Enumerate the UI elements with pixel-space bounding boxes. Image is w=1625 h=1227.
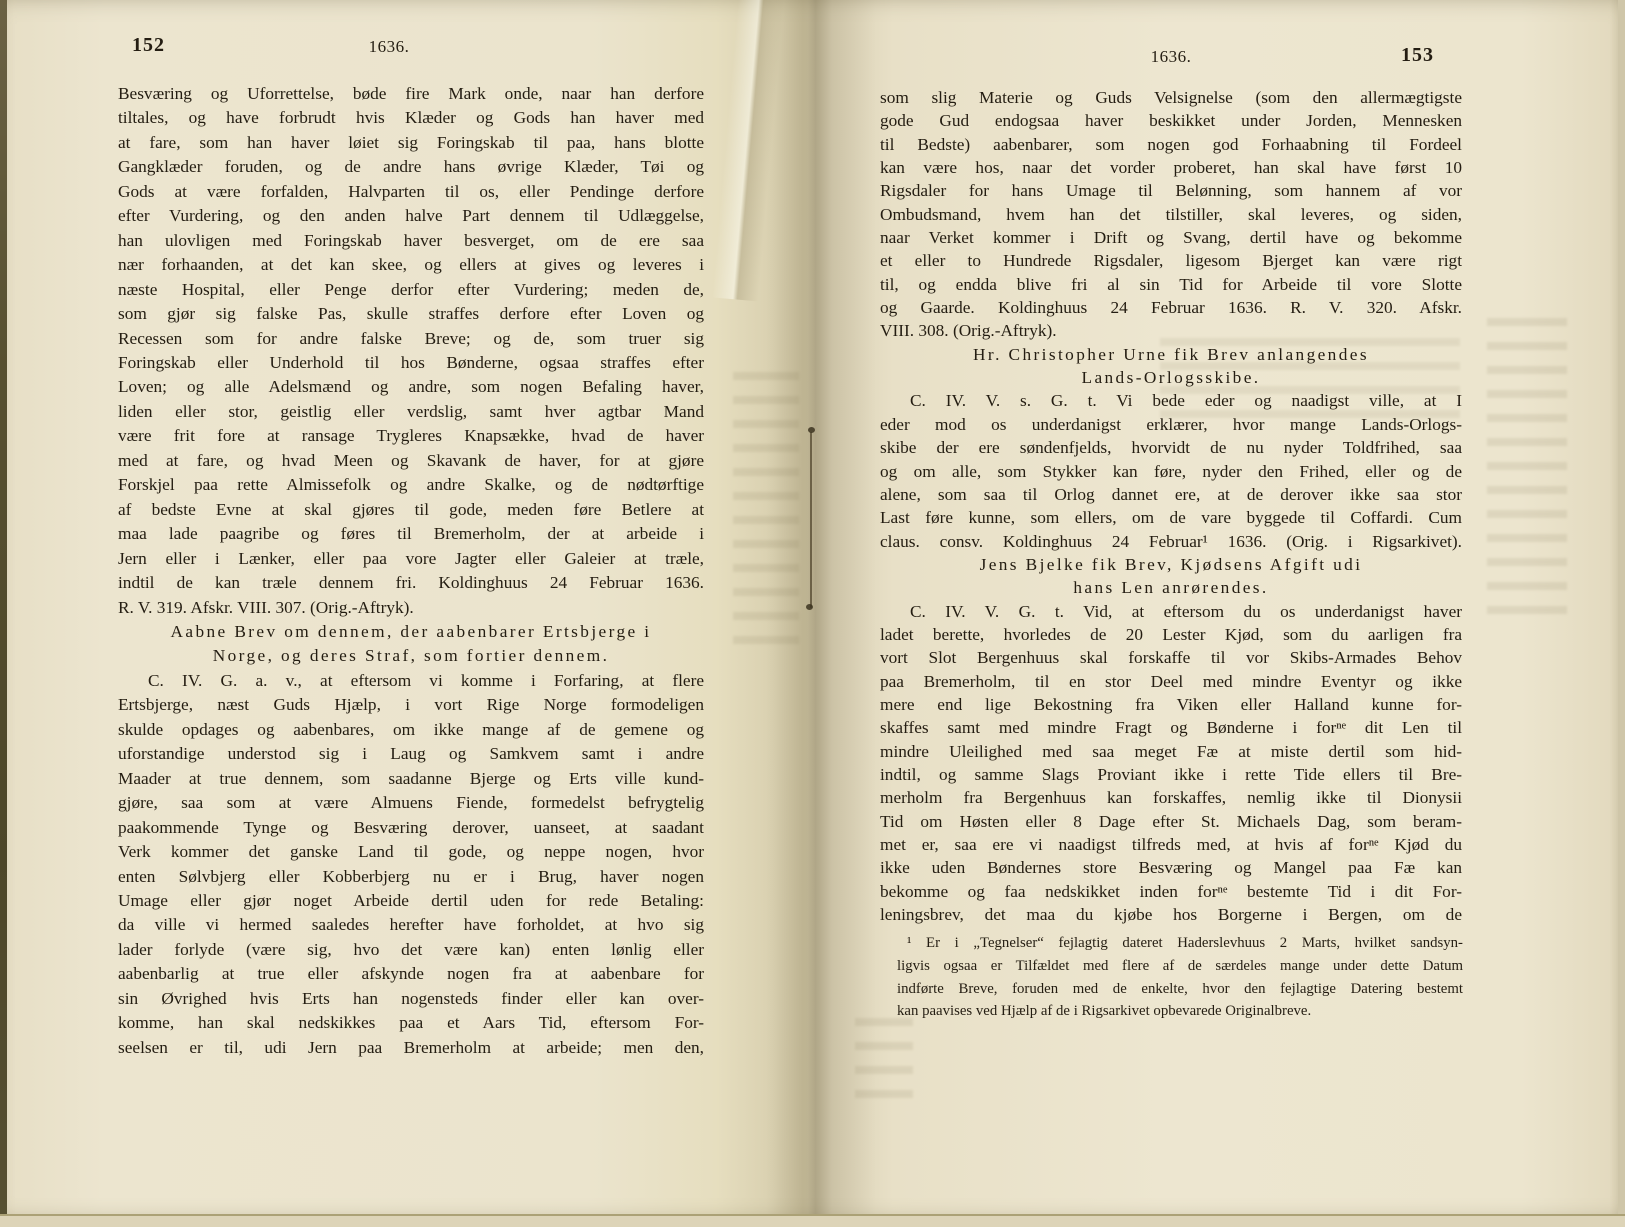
page-header-left: 152 1636. <box>118 34 704 60</box>
book-gutter <box>766 0 876 1214</box>
text-line: Umage eller gjør noget Arbeide dertil ud… <box>118 889 704 913</box>
text-line: skaffes samt med mindre Fragt og Bøndern… <box>880 716 1462 739</box>
text-line: paakommende Tynge og Besværing derover, … <box>118 816 704 840</box>
text-line: ligvis ogsaa er Tilfældet med flere af d… <box>897 955 1463 978</box>
page-number-right: 153 <box>1401 44 1434 67</box>
text-line: claus. consv. Koldinghuus 24 Februar¹ 16… <box>880 530 1462 553</box>
text-line: maa lade paagribe og føres til Bremerhol… <box>118 522 704 546</box>
page-header-right: 1636. 153 <box>880 44 1462 70</box>
text-line: Besværing og Uforrettelse, bøde fire Mar… <box>118 82 704 106</box>
text-line: Verk kommer det ganske Land til gode, og… <box>118 840 704 864</box>
text-line: uforstandige understod sig i Laug og Sam… <box>118 742 704 766</box>
text-line: være frit fore at ransage Trygleres Knap… <box>118 424 704 448</box>
text-line: at fare, som han haver løiet sig Forings… <box>118 131 704 155</box>
page-bottom-edge <box>0 1214 1625 1227</box>
text-line: met er, saa ere vi naadigst tilfreds med… <box>880 833 1462 856</box>
text-line: ikke uden Bøndernes store Besværing og M… <box>880 856 1462 879</box>
text-line: C. IV. V. G. t. Vid, at eftersom du os u… <box>880 600 1462 623</box>
text-line: naar Verket kommer i Drift og Svang, der… <box>880 226 1462 249</box>
running-head-right: 1636. <box>880 47 1462 67</box>
text-line: Tid om Høsten eller 8 Dage efter St. Mic… <box>880 810 1462 833</box>
text-line: Rigsdaler for hans Umage til Belønning, … <box>880 179 1462 202</box>
text-line: skibe der ere søndenfjelds, hvorvidt de … <box>880 436 1462 459</box>
text-line: gjøre, saa som at være Almuens Fiende, f… <box>118 791 704 815</box>
text-line: Ertsbjerge, næst Guds Hjælp, i vort Rige… <box>118 693 704 717</box>
text-line: kan være hos, naar det vorder proberet, … <box>880 156 1462 179</box>
text-line: Loven; og alle Adelsmænd og andre, som n… <box>118 375 704 399</box>
text-line: med at fare, og hvad Meen og Skavank de … <box>118 449 704 473</box>
text-line: han ulovligen med Foringskab haver besve… <box>118 229 704 253</box>
text-line: Gods at være forfalden, Halvparten til o… <box>118 180 704 204</box>
text-line: et eller to Hundrede Rigsdaler, ligesom … <box>880 249 1462 272</box>
heading-line: Lands-Orlogsskibe. <box>880 366 1462 389</box>
heading-line: Norge, og deres Straf, som fortier denne… <box>118 644 704 668</box>
text-line: enten Sølvbjerg eller Kobberbjerg nu er … <box>118 865 704 889</box>
heading-line: Hr. Christopher Urne fik Brev anlangende… <box>880 343 1462 366</box>
text-line: ¹ Er i „Tegnelser“ fejlagtig dateret Had… <box>897 932 1463 955</box>
binding-stitch-hole <box>806 604 813 610</box>
text-line: som gjør sig falske Pas, skulle straffes… <box>118 302 704 326</box>
text-line: bekomme og faa nedskikket inden forⁿᵉ be… <box>880 880 1462 903</box>
text-line: Forskjel paa rette Almissefolk og andre … <box>118 473 704 497</box>
text-line: C. IV. G. a. v., at eftersom vi komme i … <box>118 669 704 693</box>
text-line: merholm fra Bergenhuus kan forskaffes, n… <box>880 786 1462 809</box>
text-line: lader forlyde (være sig, hvo det være ka… <box>118 938 704 962</box>
text-line: Gangklæder foruden, og de andre hans øvr… <box>118 155 704 179</box>
text-line: vort Slot Bergenhuus skal forskaffe til … <box>880 646 1462 669</box>
heading-line: Jens Bjelke fik Brev, Kjødsens Afgift ud… <box>880 553 1462 576</box>
text-line: gode Gud endogsaa haver beskikket under … <box>880 109 1462 132</box>
binding-thread <box>810 432 812 608</box>
text-line: VIII. 308. (Orig.-Aftryk). <box>880 319 1462 342</box>
text-line: seelsen er til, udi Jern paa Bremerholm … <box>118 1036 704 1060</box>
text-line: da ville vi hermed saaledes herefter hav… <box>118 913 704 937</box>
text-line: komme, han skal nedskikkes paa et Aars T… <box>118 1011 704 1035</box>
text-line: og Gaarde. Koldinghuus 24 Februar 1636. … <box>880 296 1462 319</box>
footnote: ¹ Er i „Tegnelser“ fejlagtig dateret Had… <box>897 932 1463 1023</box>
text-line: indtil, og samme Slags Proviant ikke i r… <box>880 763 1462 786</box>
text-line: C. IV. V. s. G. t. Vi bede eder og naadi… <box>880 389 1462 412</box>
binding-stitch-hole <box>808 427 815 433</box>
text-line: til, og endda blive fri al sin Tid for A… <box>880 273 1462 296</box>
text-line: Maader at true dennem, som saadanne Bjer… <box>118 767 704 791</box>
running-head-left: 1636. <box>118 37 660 57</box>
text-line: kan paavises ved Hjælp af de i Rigsarkiv… <box>897 1000 1463 1023</box>
text-line: Last føre kunne, som ellers, om de vare … <box>880 506 1462 529</box>
text-line: paa Bremerholm, til en stor Deel med min… <box>880 670 1462 693</box>
text-line: tiltales, og have forbrudt hvis Klæder o… <box>118 106 704 130</box>
page-body-right: som slig Materie og Guds Velsignelse (so… <box>880 86 1462 926</box>
text-line: efter Vurdering, og den anden halve Part… <box>118 204 704 228</box>
text-line: skulde opdages og aabenbares, om ikke ma… <box>118 718 704 742</box>
book-cover-edge <box>0 0 7 1227</box>
text-line: Ombudsmand, hvem han det tilstiller, ska… <box>880 203 1462 226</box>
heading-line: hans Len anrørendes. <box>880 576 1462 599</box>
heading-line: Aabne Brev om dennem, der aabenbarer Ert… <box>118 620 704 644</box>
text-line: nær forhaanden, at det kan skee, og elle… <box>118 253 704 277</box>
text-line: til Bedste) aabenbarer, som nogen god Fo… <box>880 133 1462 156</box>
text-line: indførte Breve, foruden med de enkelte, … <box>897 978 1463 1001</box>
text-line: mere end lige Bekostning fra Viken eller… <box>880 693 1462 716</box>
page-body-left: Besværing og Uforrettelse, bøde fire Mar… <box>118 82 704 1060</box>
text-line: Jern eller i Lænker, eller paa vore Jagt… <box>118 547 704 571</box>
text-line: liden eller stor, geistlig eller verdsli… <box>118 400 704 424</box>
text-line: Foringskab eller Underhold til hos Bønde… <box>118 351 704 375</box>
text-line: R. V. 319. Afskr. VIII. 307. (Orig.-Aftr… <box>118 596 704 620</box>
book-scan: { "colors": { "paper": "#ece5cf", "ink":… <box>0 0 1625 1227</box>
text-line: sin Øvrighed hvis Erts han nogensteds fi… <box>118 987 704 1011</box>
text-line: Recessen som for andre falske Breve; og … <box>118 327 704 351</box>
text-line: som slig Materie og Guds Velsignelse (so… <box>880 86 1462 109</box>
text-line: mindre Uleilighed med saa meget Fæ at mi… <box>880 740 1462 763</box>
text-line: eder mod os underdanigst erklærer, hvor … <box>880 413 1462 436</box>
text-line: aabenbarlig at true eller afskynde nogen… <box>118 962 704 986</box>
text-line: af bedste Evne at skal gjøres til gode, … <box>118 498 704 522</box>
text-line: næste Hospital, eller Penge derfor efter… <box>118 278 704 302</box>
text-line: ladet berette, hvorledes de 20 Lester Kj… <box>880 623 1462 646</box>
text-line: indtil de kan træle dennem fri. Koldingh… <box>118 571 704 595</box>
text-line: alene, som saa til Orlog dannet ere, at … <box>880 483 1462 506</box>
text-line: leningsbrev, det maa du kjøbe hos Borger… <box>880 903 1462 926</box>
text-line: og om alle, som Stykker kan føre, nyder … <box>880 460 1462 483</box>
